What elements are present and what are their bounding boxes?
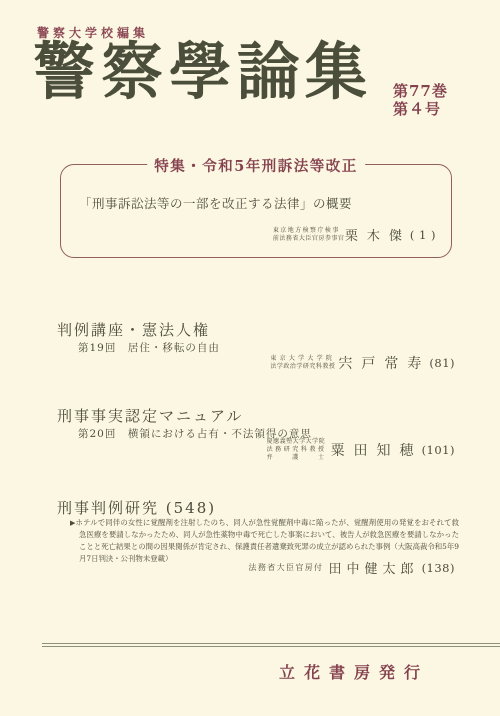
feature-box: 特集・令和5年刑訴法等改正 「刑事訴訟法等の一部を改正する法律」の概要 東京地方… <box>60 164 452 258</box>
author-titles: 東京大学大学院 法学政治学研究科教授 <box>270 355 332 371</box>
author-name: 栗木傑 <box>345 225 411 244</box>
author-title-line: 東京大学大学院 <box>270 355 332 363</box>
author-name: 田中健太郎 <box>329 558 419 577</box>
journal-title: 警察學論集 <box>33 38 373 106</box>
article-title: 刑事事実認定マニュアル <box>57 405 243 426</box>
case-summary-text: ホテルで同伴の女性に覚醒剤を注射したのち、同人が急性覚醒剤中毒に陥ったが、覚醒剤… <box>76 518 459 563</box>
author-titles: 法務省大臣官房付 <box>249 563 323 573</box>
article-title: 判例講座・憲法人権 <box>57 319 210 340</box>
feature-article-title: 「刑事訴訟法等の一部を改正する法律」の概要 <box>79 194 352 212</box>
volume-issue: 第77巻 第４号 <box>393 82 448 118</box>
author-title-line: 東京地方検察庁検事 <box>273 227 339 235</box>
article-subtitle: 第19回 居住・移転の自由 <box>78 340 220 355</box>
footer-double-rule <box>42 643 500 647</box>
volume-label: 第77巻 <box>393 82 448 100</box>
author-credit: 東京大学大学院 法学政治学研究科教授 宍戸常寿 (81) <box>270 353 455 373</box>
author-titles: 慶應義塾大学大学院 法務研究科教授 弁護士 <box>267 438 325 462</box>
author-title-line: 法務研究科教授 <box>267 446 325 454</box>
author-name: 宍戸常寿 <box>338 353 430 373</box>
page-number: (138) <box>422 561 455 575</box>
author-titles: 東京地方検察庁検事 前法務省大臣官房参事官 <box>273 227 339 243</box>
journal-cover: 警察大学校編集 警察學論集 第77巻 第４号 特集・令和5年刑訴法等改正 「刑事… <box>0 0 500 716</box>
page-number: ( 1 ) <box>410 228 436 242</box>
author-title-line: 法学政治学研究科教授 <box>270 363 332 371</box>
author-title-line: 法務省大臣官房付 <box>249 563 323 573</box>
page-number: (81) <box>429 356 455 370</box>
author-title-line: 前法務省大臣官房参事官 <box>273 235 339 243</box>
issue-label: 第４号 <box>393 100 448 118</box>
author-credit: 東京地方検察庁検事 前法務省大臣官房参事官 栗木傑 ( 1 ) <box>273 225 436 244</box>
author-credit: 法務省大臣官房付 田中健太郎 (138) <box>249 558 455 577</box>
article-title: 刑事判例研究 (548) <box>57 497 216 518</box>
author-title-line: 慶應義塾大学大学院 <box>267 438 325 446</box>
publisher-imprint: 立花書房発行 <box>279 660 429 683</box>
author-name: 粟田知穂 <box>331 440 423 460</box>
feature-heading: 特集・令和5年刑訴法等改正 <box>147 155 365 176</box>
author-credit: 慶應義塾大学大学院 法務研究科教授 弁護士 粟田知穂 (101) <box>267 438 455 462</box>
author-title-line: 弁護士 <box>267 454 325 462</box>
page-number: (101) <box>422 443 455 457</box>
